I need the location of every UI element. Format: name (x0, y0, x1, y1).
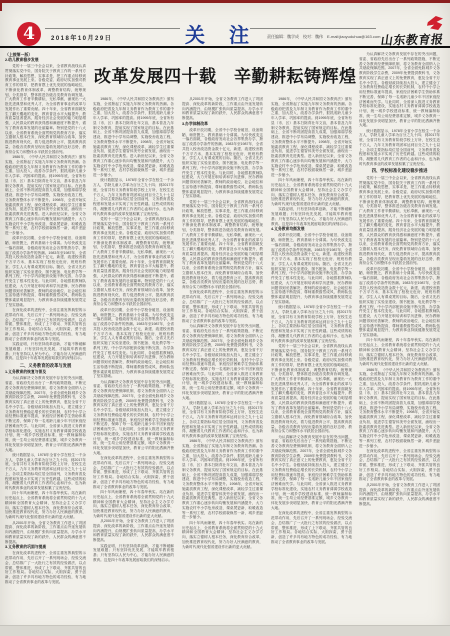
body-paragraph: 从2001年开始，全省义务教育工作进入了巩固提高、深化改革的新阶段，工作重点由外… (182, 97, 263, 121)
body-paragraph: 在深化改革的进程中，全省注重发挥典型的示范带动作用，先后召开了一系列现场会、经验… (93, 456, 174, 489)
body-paragraph: 在深化改革的进程中，全省注重发挥典型的示范带动作用，先后召开了一系列现场会、经验… (271, 511, 352, 544)
continued-from-note: （上接第一版） (5, 52, 86, 57)
text-column-3: 从2001年开始，全省义务教育工作进入了巩固提高、深化改革的新阶段，工作重点由外… (182, 97, 263, 624)
body-paragraph: 党的十一届三中全会以来，全省教育战线认真贯彻落实党中央、国务院关于教育工作的一系… (271, 344, 352, 434)
body-paragraph: 改革开放初期，全省中小学校舍破旧，设备简陋，师资匮乏，教育基础十分薄弱。为尽快改… (93, 308, 174, 379)
section-heading: 3.义务教育的巩固与提高 (5, 545, 86, 550)
section-heading: 4.义务教育均衡发展 (271, 227, 352, 232)
page-bottom-margin (0, 625, 450, 636)
body-paragraph: 党的十一届三中全会以来，全省教育战线认真贯彻落实党中央、国务院关于教育工作的一系… (93, 217, 174, 307)
body-paragraph: 改革开放初期，全省中小学校舍破旧，设备简陋，师资匮乏，教育基础十分薄弱。为尽快改… (271, 233, 352, 304)
page-top-border (0, 0, 450, 3)
body-paragraph: 四十年风雨兼程，四十年春华秋实。站在新的历史起点上，全省教育系统将全面贯彻党的十… (5, 491, 86, 520)
publication-date: 2018年10月29日 (51, 33, 112, 42)
section-heading: 四、学校标准化建设稳步推进 (359, 168, 440, 174)
body-paragraph: 1986年，《中华人民共和国义务教育法》颁布实施，全省掀起了实施九年制义务教育的… (359, 368, 440, 449)
text-column-5: 为认真解决义务教育发展中存在的突出问题，省委、省政府先后出台了一系列政策措施，不… (359, 52, 440, 624)
section-heading: 3.办学体制改革 (182, 122, 263, 127)
body-paragraph: 1986年，《中华人民共和国义务教育法》颁布实施，全省掀起了实施九年制义务教育的… (182, 439, 263, 520)
body-paragraph: 改革开放初期，全省中小学校舍破旧，设备简陋，师资匮乏，教育基础十分薄弱。为尽快改… (182, 128, 263, 199)
body-paragraph: 从2001年开始，全省义务教育工作进入了巩固提高、深化改革的新阶段，工作重点由外… (93, 519, 174, 543)
newspaper-page: 4 2018年10月29日 关 注 责任编辑：魏学成 校对：魏伟 E-mail:… (0, 0, 450, 636)
body-paragraph: 统计数据显示，1978年全省小学在校生一千余万人，学龄儿童入学率为百分之九十四；… (271, 305, 352, 343)
section-heading: 2.幼儿教育稳步发展 (5, 58, 86, 63)
article-headline: 改革发展四十载 辛勤耕耘铸辉煌 (94, 62, 354, 87)
body-paragraph: 党的十一届三中全会以来，全省教育战线认真贯彻落实党中央、国务院关于教育工作的一系… (5, 64, 86, 154)
section-heading: 1.义务教育的恢复与普及 (5, 370, 86, 375)
page-left-border-tick (0, 0, 2, 11)
body-paragraph: 1986年，《中华人民共和国义务教育法》颁布实施，全省掀起了实施九年制义务教育的… (93, 97, 174, 178)
body-paragraph: 统计数据显示，1978年全省小学在校生一千余万人，学龄儿童入学率为百分之九十四；… (93, 178, 174, 216)
body-paragraph: 改革开放初期，全省中小学校舍破旧，设备简陋，师资匮乏，教育基础十分薄弱。为尽快改… (359, 267, 440, 338)
body-paragraph: 四十年风雨兼程，四十年春华秋实。站在新的历史起点上，全省教育系统将全面贯彻党的十… (271, 178, 352, 207)
editor-credits: 责任编辑：魏学成 校对：魏伟 E-mail:jiaoyuduhua@163.co… (267, 34, 380, 40)
text-column-2: 1986年，《中华人民共和国义务教育法》颁布实施，全省掀起了实施九年制义务教育的… (93, 97, 174, 624)
body-paragraph: 1986年，《中华人民共和国义务教育法》颁布实施，全省掀起了实施九年制义务教育的… (271, 97, 352, 178)
body-paragraph: 为认真解决义务教育发展中存在的突出问题，省委、省政府先后出台了一系列政策措施，不… (93, 380, 174, 456)
body-paragraph: 四十年风雨兼程，四十年春华秋实。站在新的历史起点上，全省教育系统将全面贯彻党的十… (182, 521, 263, 550)
body-paragraph: 统计数据显示，1978年全省小学在校生一千余万人，学龄儿童入学率为百分之九十四；… (182, 401, 263, 439)
date-divider-line (45, 28, 180, 29)
body-paragraph: 为认真解决义务教育发展中存在的突出问题，省委、省政府先后出台了一系列政策措施，不… (359, 52, 440, 128)
editor-divider-line (250, 28, 376, 29)
body-paragraph: 统计数据显示，1978年全省小学在校生一千余万人，学龄儿童入学率为百分之九十四；… (5, 453, 86, 491)
body-paragraph: 为认真解决义务教育发展中存在的突出问题，省委、省政府先后出台了一系列政策措施，不… (5, 376, 86, 452)
body-paragraph: 在深化改革的进程中，全省注重发挥典型的示范带动作用，先后召开了一系列现场会、经验… (5, 308, 86, 341)
body-paragraph: 从2001年开始，全省义务教育工作进入了巩固提高、深化改革的新阶段，工作重点由外… (359, 483, 440, 507)
section-title: 关 注 (185, 19, 251, 48)
text-column-1: （上接第一版）2.幼儿教育稳步发展党的十一届三中全会以来，全省教育战线认真贯彻落… (5, 52, 86, 624)
body-paragraph: 实践证明，只有坚持改革创新，才能不断破解发展难题；只有坚持优先发展，才能筑牢教育… (271, 207, 352, 226)
body-paragraph: 党的十一届三中全会以来，全省教育战线认真贯彻落实党中央、国务院关于教育工作的一系… (359, 176, 440, 266)
body-paragraph: 改革开放初期，全省中小学校舍破旧，设备简陋，师资匮乏，教育基础十分薄弱。为尽快改… (5, 236, 86, 307)
body-paragraph: 实践证明，只有坚持改革创新，才能不断破解发展难题；只有坚持优先发展，才能筑牢教育… (5, 342, 86, 361)
body-paragraph: 统计数据显示，1978年全省小学在校生一千余万人，学龄儿童入学率为百分之九十四；… (359, 129, 440, 167)
body-paragraph: 实践证明，只有坚持改革创新，才能不断破解发展难题；只有坚持优先发展，才能筑牢教育… (93, 544, 174, 563)
body-paragraph: 从2001年开始，全省义务教育工作进入了巩固提高、深化改革的新阶段，工作重点由外… (5, 521, 86, 545)
header-rule (0, 46, 450, 49)
text-column-4: 1986年，《中华人民共和国义务教育法》颁布实施，全省掀起了实施九年制义务教育的… (271, 97, 352, 624)
body-paragraph: 四十年风雨兼程，四十年春华秋实。站在新的历史起点上，全省教育系统将全面贯彻党的十… (359, 338, 440, 367)
body-paragraph: 为认真解决义务教育发展中存在的突出问题，省委、省政府先后出台了一系列政策措施，不… (271, 435, 352, 511)
section-heading: 二、义务教育的改革与发展 (5, 363, 86, 369)
masthead-logo-icon (427, 16, 443, 30)
page-number-badge: 4 (17, 22, 41, 46)
body-paragraph: 党的十一届三中全会以来，全省教育战线认真贯彻落实党中央、国务院关于教育工作的一系… (182, 200, 263, 290)
body-paragraph: 四十年风雨兼程，四十年春华秋实。站在新的历史起点上，全省教育系统将全面贯彻党的十… (93, 490, 174, 519)
body-paragraph: 1986年，《中华人民共和国义务教育法》颁布实施，全省掀起了实施九年制义务教育的… (5, 155, 86, 236)
body-paragraph: 在深化改革的进程中，全省注重发挥典型的示范带动作用，先后召开了一系列现场会、经验… (359, 449, 440, 482)
body-paragraph: 在深化改革的进程中，全省注重发挥典型的示范带动作用，先后召开了一系列现场会、经验… (5, 551, 86, 584)
body-paragraph: 在深化改革的进程中，全省注重发挥典型的示范带动作用，先后召开了一系列现场会、经验… (182, 290, 263, 323)
body-paragraph: 为认真解决义务教育发展中存在的突出问题，省委、省政府先后出台了一系列政策措施，不… (182, 324, 263, 400)
